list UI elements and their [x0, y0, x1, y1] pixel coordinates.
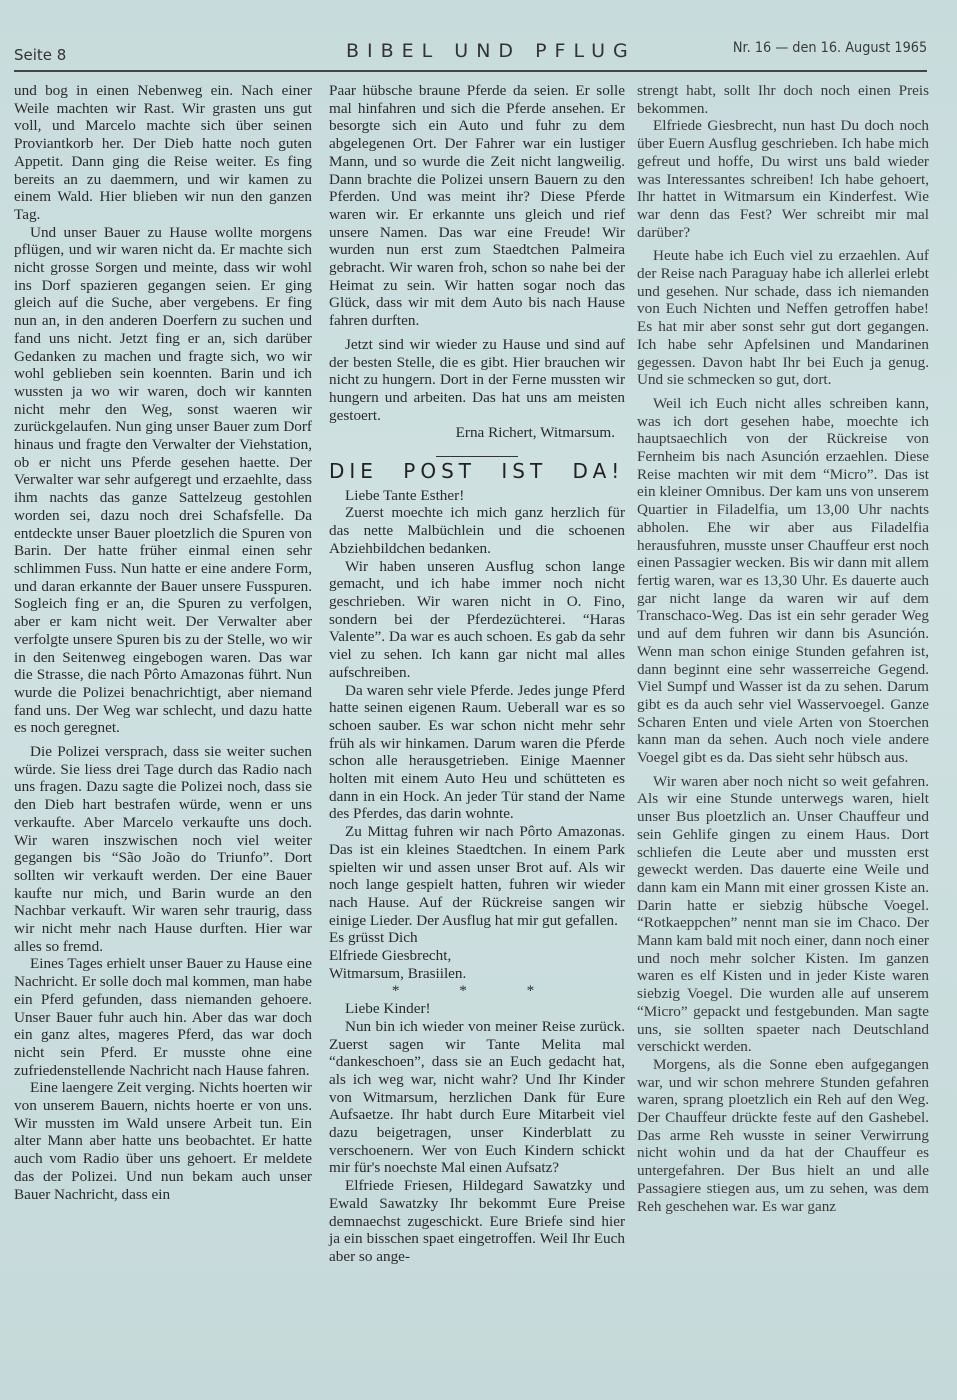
paragraph: Weil ich Euch nicht alles schreiben kann…: [637, 395, 929, 767]
paragraph: Paar hübsche braune Pferde da seien. Er …: [329, 82, 625, 330]
separator-stars: * * *: [329, 982, 625, 1000]
header-rule: [14, 70, 927, 72]
letter-greeting: Liebe Kinder!: [329, 1000, 625, 1018]
paragraph: Jetzt sind wir wieder zu Hause und sind …: [329, 336, 625, 425]
letter-signature-place: Witmarsum, Brasiilen.: [329, 965, 625, 983]
paragraph: Nun bin ich wieder von meiner Reise zurü…: [329, 1018, 625, 1177]
page-header: Seite 8 BIBEL UND PFLUG Nr. 16 — den 16.…: [14, 38, 927, 68]
paragraph: Und unser Bauer zu Hause wollte morgens …: [14, 224, 312, 737]
paragraph: Eine laengere Zeit verging. Nichts hoert…: [14, 1079, 312, 1203]
paragraph: Morgens, als die Sonne eben aufgegangen …: [637, 1056, 929, 1215]
paragraph: und bog in einen Nebenweg ein. Nach eine…: [14, 82, 312, 224]
letter-closing: Es grüsst Dich: [329, 929, 625, 947]
paragraph: Elfriede Giesbrecht, nun hast Du doch no…: [637, 117, 929, 241]
paragraph: Wir haben unseren Ausflug schon lange ge…: [329, 558, 625, 682]
paragraph: Zu Mittag fuhren wir nach Pôrto Amazonas…: [329, 823, 625, 929]
column-2: Paar hübsche braune Pferde da seien. Er …: [329, 82, 625, 1266]
paragraph: Eines Tages erhielt unser Bauer zu Hause…: [14, 955, 312, 1079]
section-divider: [436, 456, 518, 457]
column-1: und bog in einen Nebenweg ein. Nach eine…: [14, 82, 312, 1203]
paragraph: Da waren sehr viele Pferde. Jedes junge …: [329, 682, 625, 824]
column-3: strengt habt, sollt Ihr doch noch einen …: [637, 82, 929, 1215]
paragraph: Die Polizei versprach, dass sie weiter s…: [14, 743, 312, 955]
letter-greeting: Liebe Tante Esther!: [329, 487, 625, 505]
paragraph: strengt habt, sollt Ihr doch noch einen …: [637, 82, 929, 117]
page-number: Seite 8: [14, 46, 66, 64]
publication-title: BIBEL UND PFLUG: [346, 40, 636, 62]
letter-signature-name: Elfriede Giesbrecht,: [329, 947, 625, 965]
issue-date: Nr. 16 — den 16. August 1965: [733, 40, 927, 56]
paragraph: Heute habe ich Euch viel zu erzaehlen. A…: [637, 247, 929, 389]
section-title: DIE POST IST DA!: [329, 463, 625, 481]
paragraph: Zuerst moechte ich mich ganz herzlich fü…: [329, 504, 625, 557]
story-signature: Erna Richert, Witmarsum.: [329, 424, 625, 442]
paragraph: Elfriede Friesen, Hildegard Sawatzky und…: [329, 1177, 625, 1266]
paragraph: Wir waren aber noch nicht so weit gefahr…: [637, 773, 929, 1056]
